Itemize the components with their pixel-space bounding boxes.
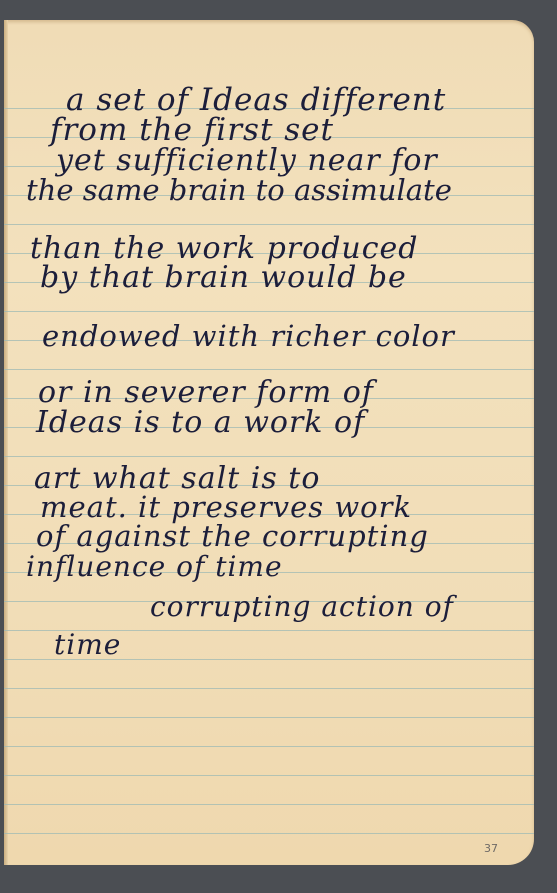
rule-line (4, 311, 534, 312)
rule-line (4, 833, 534, 834)
handwritten-line: corrupting action of (150, 590, 454, 623)
rule-line (4, 804, 534, 805)
handwritten-line: Ideas is to a work of (36, 405, 365, 440)
rule-line (4, 746, 534, 747)
page-number: 37 (484, 842, 498, 855)
rule-line (4, 224, 534, 225)
rule-line (4, 717, 534, 718)
notebook-page: a set of Ideas different from the first … (4, 20, 534, 865)
handwritten-line: of against the corrupting (36, 519, 429, 553)
handwritten-line: the same brain to assimulate (26, 173, 452, 207)
page-binding-edge (4, 20, 8, 865)
rule-line (4, 688, 534, 689)
handwritten-line: time (54, 628, 121, 661)
rule-line (4, 369, 534, 370)
rule-line (4, 456, 534, 457)
rule-line (4, 775, 534, 776)
handwritten-line: by that brain would be (40, 260, 407, 295)
handwritten-line: endowed with richer color (42, 319, 455, 353)
handwritten-line: influence of time (26, 550, 283, 583)
